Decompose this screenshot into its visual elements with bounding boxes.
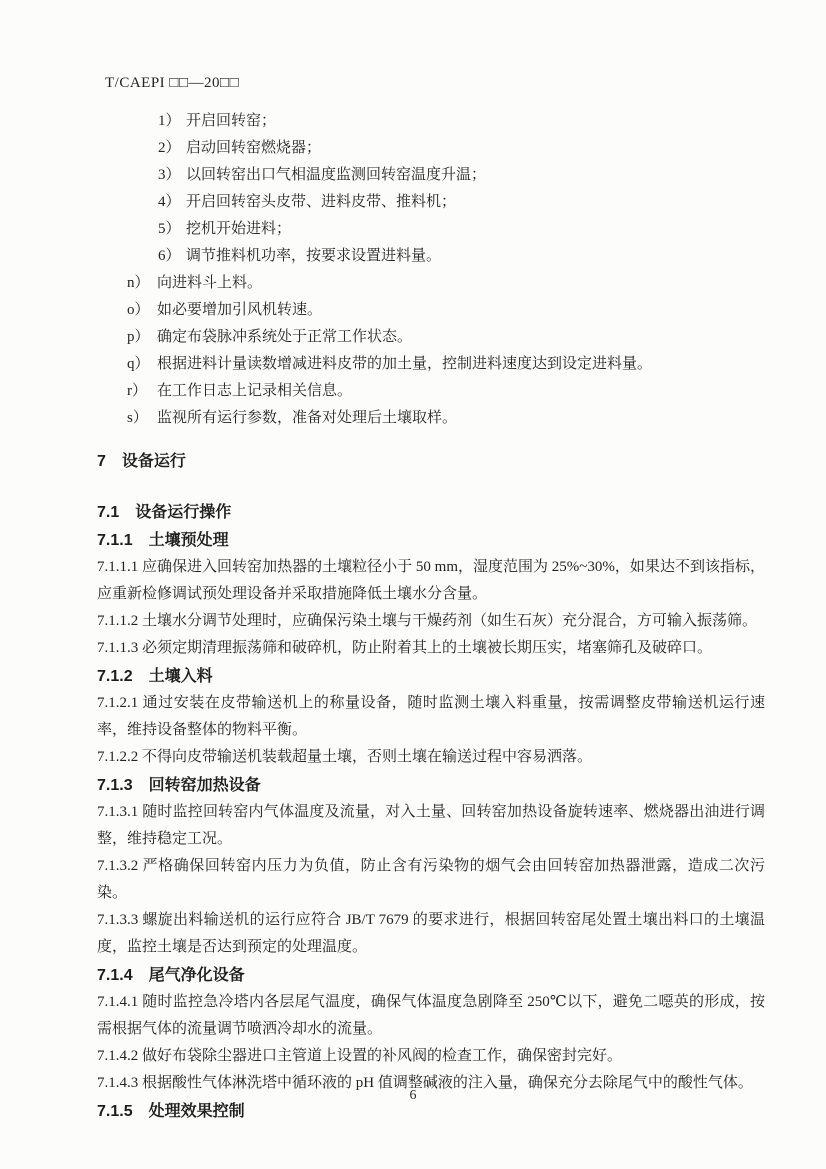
numbered-step: 5） 挖机开始进料； [158, 216, 765, 243]
lettered-step: r） 在工作日志上记录相关信息。 [127, 378, 765, 405]
paragraph-7-1-1-1: 7.1.1.1 应确保进入回转窑加热器的土壤粒径小于 50 mm，湿度范围为 2… [97, 554, 765, 608]
step-marker: 1） [158, 108, 186, 135]
paragraph-7-1-4-2: 7.1.4.2 做好布袋除尘器进口主管道上设置的补风阀的检查工作，确保密封完好。 [97, 1043, 765, 1070]
page-number: 6 [0, 1088, 826, 1104]
step-text: 调节推料机功率，按要求设置进料量。 [186, 243, 765, 270]
paragraph-7-1-2-2: 7.1.2.2 不得向皮带输送机装载超量土壤，否则土壤在输送过程中容易洒落。 [97, 744, 765, 771]
step-text: 在工作日志上记录相关信息。 [157, 378, 765, 405]
step-text: 以回转窑出口气相温度监测回转窑温度升温； [186, 162, 765, 189]
step-text: 如必要增加引风机转速。 [157, 297, 765, 324]
step-text: 根据进料计量读数增减进料皮带的加土量，控制进料速度达到设定进料量。 [157, 351, 765, 378]
step-marker: p） [127, 324, 157, 351]
subsection-heading-7-1-4: 7.1.4 尾气净化设备 [97, 962, 765, 989]
step-text: 监视所有运行参数，准备对处理后土壤取样。 [157, 405, 765, 432]
step-marker: 5） [158, 216, 186, 243]
lettered-step: p） 确定布袋脉冲系统处于正常工作状态。 [127, 324, 765, 351]
paragraph-7-1-1-2: 7.1.1.2 土壤水分调节处理时，应确保污染土壤与干燥药剂（如生石灰）充分混合… [97, 608, 765, 635]
lettered-step: o） 如必要增加引风机转速。 [127, 297, 765, 324]
subsection-heading-7-1-3: 7.1.3 回转窑加热设备 [97, 772, 765, 799]
step-text: 挖机开始进料； [186, 216, 765, 243]
subsection-heading-7-1-2: 7.1.2 土壤入料 [97, 663, 765, 690]
paragraph-7-1-1-3: 7.1.1.3 必须定期清理振荡筛和破碎机，防止附着其上的土壤被长期压实，堵塞筛… [97, 635, 765, 662]
step-text: 向进料斗上料。 [157, 270, 765, 297]
paragraph-7-1-3-3: 7.1.3.3 螺旋出料输送机的运行应符合 JB/T 7679 的要求进行，根据… [97, 907, 765, 961]
lettered-step-list: n） 向进料斗上料。 o） 如必要增加引风机转速。 p） 确定布袋脉冲系统处于正… [127, 270, 765, 432]
step-text: 确定布袋脉冲系统处于正常工作状态。 [157, 324, 765, 351]
step-marker: r） [127, 378, 157, 405]
paragraph-7-1-2-1: 7.1.2.1 通过安装在皮带输送机上的称量设备，随时监测土壤入料重量，按需调整… [97, 690, 765, 744]
step-marker: 3） [158, 162, 186, 189]
step-marker: 6） [158, 243, 186, 270]
step-marker: q） [127, 351, 157, 378]
paragraph-7-1-4-1: 7.1.4.1 随时监控急冷塔内各层尾气温度，确保气体温度急剧降至 250℃以下… [97, 989, 765, 1043]
numbered-step: 3） 以回转窑出口气相温度监测回转窑温度升温； [158, 162, 765, 189]
chapter-heading-7: 7 设备运行 [97, 448, 765, 475]
document-page: T/CAEPI □□—20□□ 1） 开启回转窑； 2） 启动回转窑燃烧器； 3… [0, 0, 826, 1169]
step-text: 开启回转窑； [186, 108, 765, 135]
step-marker: 2） [158, 135, 186, 162]
step-text: 启动回转窑燃烧器； [186, 135, 765, 162]
lettered-step: q） 根据进料计量读数增减进料皮带的加土量，控制进料速度达到设定进料量。 [127, 351, 765, 378]
paragraph-7-1-3-2: 7.1.3.2 严格确保回转窑内压力为负值，防止含有污染物的烟气会由回转窑加热器… [97, 853, 765, 907]
numbered-step: 4） 开启回转窑头皮带、进料皮带、推料机； [158, 189, 765, 216]
standard-code-header: T/CAEPI □□—20□□ [105, 74, 765, 92]
numbered-step: 2） 启动回转窑燃烧器； [158, 135, 765, 162]
subsection-heading-7-1-1: 7.1.1 土壤预处理 [97, 527, 765, 554]
numbered-step: 1） 开启回转窑； [158, 108, 765, 135]
lettered-step: n） 向进料斗上料。 [127, 270, 765, 297]
numbered-step-list: 1） 开启回转窑； 2） 启动回转窑燃烧器； 3） 以回转窑出口气相温度监测回转… [158, 108, 765, 270]
step-marker: s） [127, 405, 157, 432]
numbered-step: 6） 调节推料机功率，按要求设置进料量。 [158, 243, 765, 270]
step-marker: n） [127, 270, 157, 297]
lettered-step: s） 监视所有运行参数，准备对处理后土壤取样。 [127, 405, 765, 432]
section-heading-7-1: 7.1 设备运行操作 [97, 499, 765, 526]
paragraph-7-1-3-1: 7.1.3.1 随时监控回转窑内气体温度及流量，对入土量、回转窑加热设备旋转速率… [97, 799, 765, 853]
step-marker: o） [127, 297, 157, 324]
step-text: 开启回转窑头皮带、进料皮带、推料机； [186, 189, 765, 216]
step-marker: 4） [158, 189, 186, 216]
